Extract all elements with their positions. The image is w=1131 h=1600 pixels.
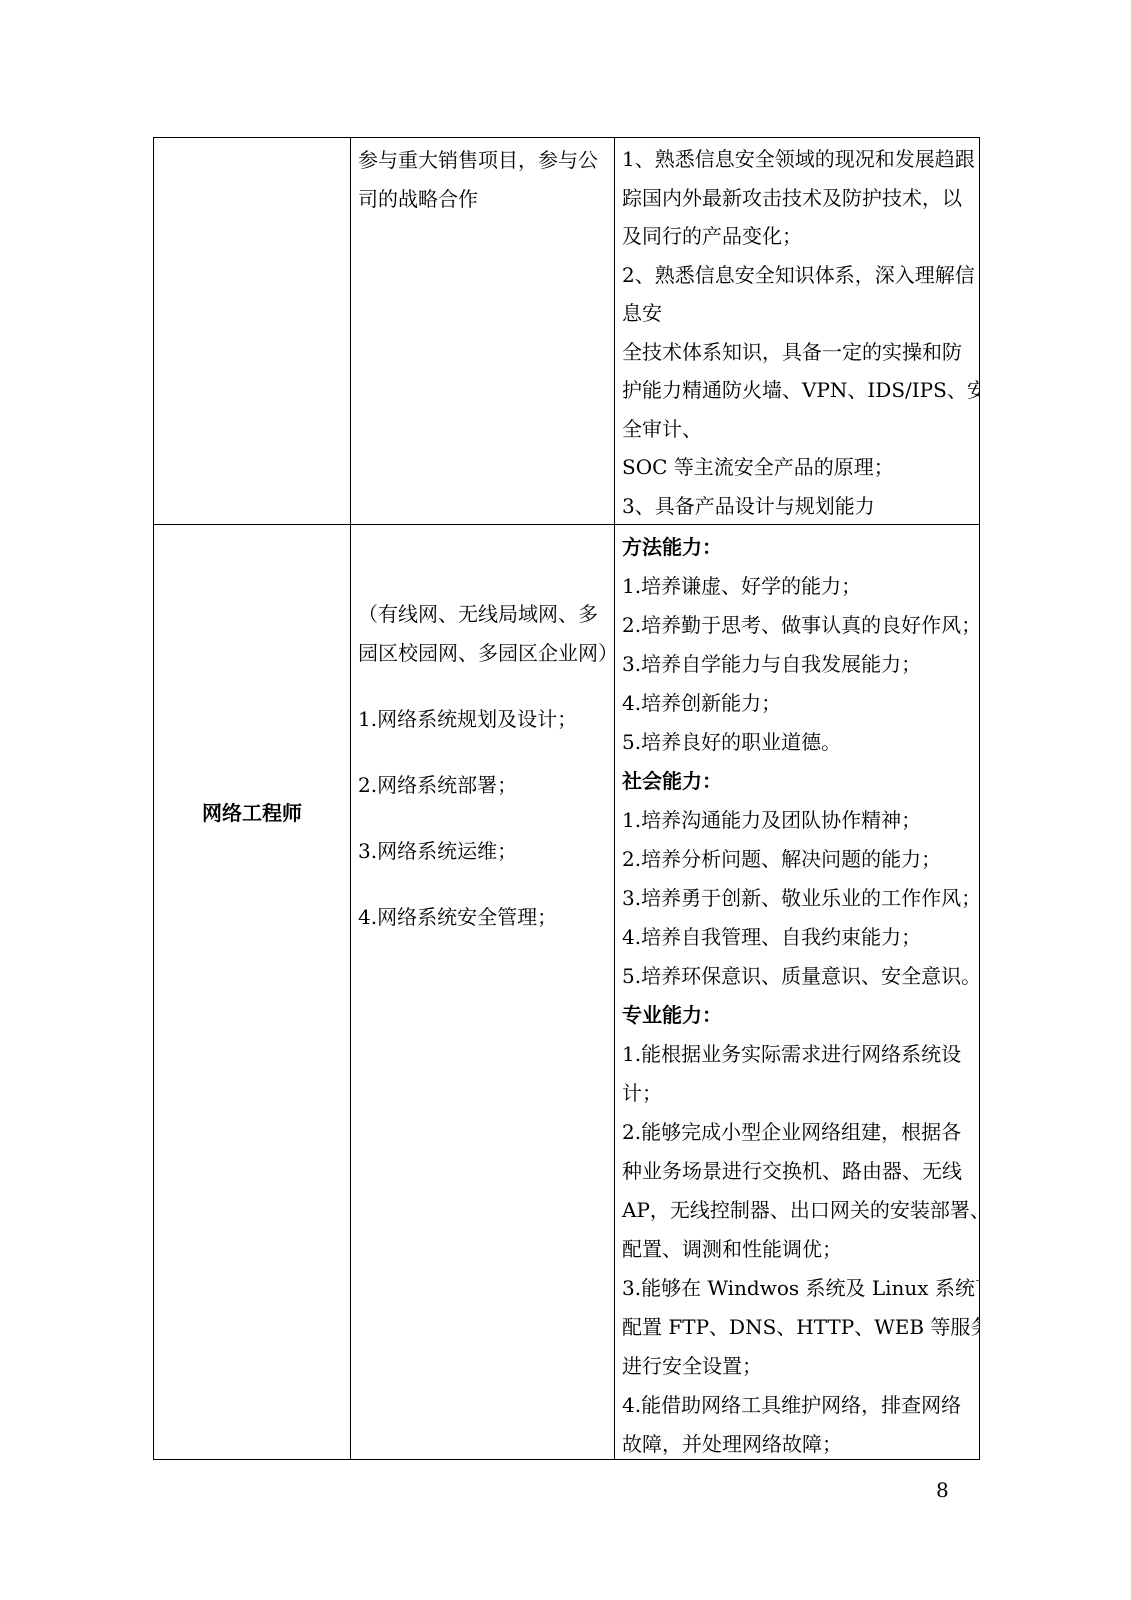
ability-text-line: 3.培养勇于创新、敬业乐业的工作作风；	[622, 879, 972, 918]
requirement-text-line: 护能力精通防火墙、VPN、IDS/IPS、安	[622, 371, 972, 410]
document-page: 参与重大销售项目，参与公司的战略合作 1、熟悉信息安全领域的现况和发展趋跟踪国内…	[0, 0, 1131, 1600]
section-social-abilities: 社会能力： 1.培养沟通能力及团队协作精神；2.培养分析问题、解决问题的能力；3…	[622, 762, 972, 996]
job-positions-table: 参与重大销售项目，参与公司的战略合作 1、熟悉信息安全领域的现况和发展趋跟踪国内…	[153, 137, 980, 1460]
ability-text-line: 种业务场景进行交换机、路由器、无线	[622, 1152, 972, 1191]
scope-text-line: （有线网、无线局域网、多	[358, 595, 607, 634]
cell-row1-position-empty	[154, 138, 350, 524]
ability-text-line: 1.培养沟通能力及团队协作精神；	[622, 801, 972, 840]
cell-row1-requirements: 1、熟悉信息安全领域的现况和发展趋跟踪国内外最新攻击技术及防护技术，以及同行的产…	[614, 138, 979, 524]
section-heading-professional: 专业能力：	[622, 996, 972, 1035]
ability-text-line: 4.培养创新能力；	[622, 684, 972, 723]
duty-item: 1.网络系统规划及设计；	[358, 700, 607, 739]
cell-row2-position: 网络工程师	[154, 524, 350, 1459]
cell-row2-abilities: 方法能力： 1.培养谦虚、好学的能力；2.培养勤于思考、做事认真的良好作风；3.…	[614, 524, 979, 1459]
ability-text-line: AP，无线控制器、出口网关的安装部署、	[622, 1191, 972, 1230]
section-social-lines: 1.培养沟通能力及团队协作精神；2.培养分析问题、解决问题的能力；3.培养勇于创…	[622, 801, 972, 996]
cell-row1-duties: 参与重大销售项目，参与公司的战略合作	[350, 138, 614, 524]
section-method-abilities: 方法能力： 1.培养谦虚、好学的能力；2.培养勤于思考、做事认真的良好作风；3.…	[622, 528, 972, 762]
duty-text-line: 司的战略合作	[358, 180, 607, 219]
ability-text-line: 1.培养谦虚、好学的能力；	[622, 567, 972, 606]
requirement-text-line: 3、具备产品设计与规划能力	[622, 487, 972, 525]
duty-list: 1.网络系统规划及设计；2.网络系统部署；3.网络系统运维；4.网络系统安全管理…	[358, 700, 607, 937]
section-heading-methods: 方法能力：	[622, 528, 972, 567]
ability-text-line: 2.培养勤于思考、做事认真的良好作风；	[622, 606, 972, 645]
page-number: 8	[936, 1478, 949, 1502]
duty-text-line: 参与重大销售项目，参与公	[358, 141, 607, 180]
requirement-text-line: 息安	[622, 294, 972, 333]
ability-text-line: 4.能借助网络工具维护网络，排查网络	[622, 1386, 972, 1425]
ability-text-line: 3.能够在 Windwos 系统及 Linux 系统下	[622, 1269, 972, 1308]
requirement-text-line: 全技术体系知识，具备一定的实操和防	[622, 333, 972, 372]
ability-text-line: 故障，并处理网络故障；	[622, 1425, 972, 1459]
section-professional-abilities: 专业能力： 1.能根据业务实际需求进行网络系统设计；2.能够完成小型企业网络组建…	[622, 996, 972, 1459]
ability-text-line: 5.培养良好的职业道德。	[622, 723, 972, 762]
requirement-text-line: 踪国内外最新攻击技术及防护技术，以	[622, 179, 972, 218]
requirement-text-line: 1、熟悉信息安全领域的现况和发展趋跟	[622, 140, 972, 179]
duty-item: 4.网络系统安全管理；	[358, 898, 607, 937]
ability-text-line: 4.培养自我管理、自我约束能力；	[622, 918, 972, 957]
duty-item: 3.网络系统运维；	[358, 832, 607, 871]
ability-text-line: 2.能够完成小型企业网络组建，根据各	[622, 1113, 972, 1152]
scope-text-line: 园区校园网、多园区企业网）	[358, 634, 607, 673]
network-scope-note: （有线网、无线局域网、多园区校园网、多园区企业网）	[358, 595, 607, 673]
position-title: 网络工程师	[161, 798, 343, 828]
section-professional-lines: 1.能根据业务实际需求进行网络系统设计；2.能够完成小型企业网络组建，根据各种业…	[622, 1035, 972, 1459]
requirement-text-line: 2、熟悉信息安全知识体系，深入理解信	[622, 256, 972, 295]
ability-text-line: 进行安全设置；	[622, 1347, 972, 1386]
ability-text-line: 3.培养自学能力与自我发展能力；	[622, 645, 972, 684]
requirement-text-line: 全审计、	[622, 410, 972, 449]
ability-text-line: 1.能根据业务实际需求进行网络系统设	[622, 1035, 972, 1074]
requirement-text-line: SOC 等主流安全产品的原理；	[622, 448, 972, 487]
section-methods-lines: 1.培养谦虚、好学的能力；2.培养勤于思考、做事认真的良好作风；3.培养自学能力…	[622, 567, 972, 762]
requirement-text-line: 及同行的产品变化；	[622, 217, 972, 256]
ability-text-line: 配置 FTP、DNS、HTTP、WEB 等服务器并	[622, 1308, 972, 1347]
ability-text-line: 5.培养环保意识、质量意识、安全意识。	[622, 957, 972, 996]
ability-text-line: 2.培养分析问题、解决问题的能力；	[622, 840, 972, 879]
cell-row2-duties: （有线网、无线局域网、多园区校园网、多园区企业网） 1.网络系统规划及设计；2.…	[350, 524, 614, 1459]
section-heading-social: 社会能力：	[622, 762, 972, 801]
ability-text-line: 计；	[622, 1074, 972, 1113]
ability-text-line: 配置、调测和性能调优；	[622, 1230, 972, 1269]
duty-item: 2.网络系统部署；	[358, 766, 607, 805]
